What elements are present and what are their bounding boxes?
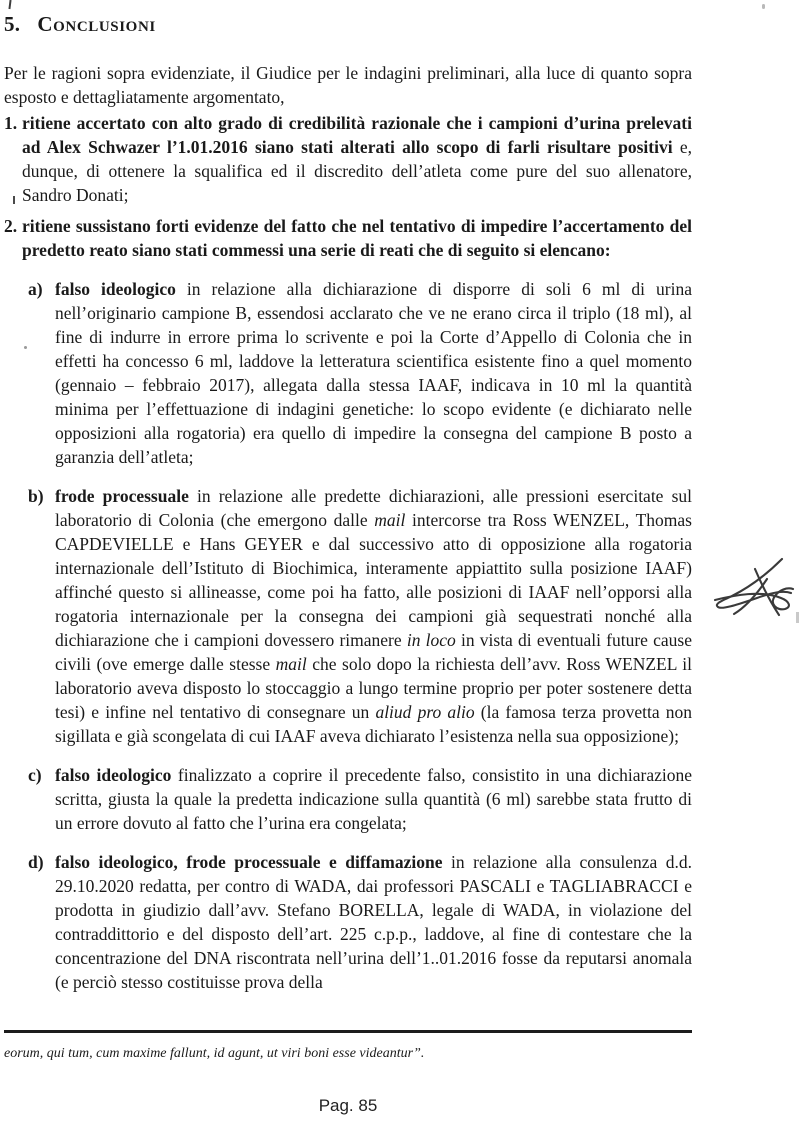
signature-scribble-icon xyxy=(708,552,798,630)
page-number: Pag. 85 xyxy=(4,1096,692,1116)
footnote-text: eorum, qui tum, cum maxime fallunt, id a… xyxy=(4,1045,692,1063)
lettered-item-d: d) falso ideologico, frode processuale e… xyxy=(4,850,692,994)
lettered-item-c: c) falso ideologico finalizzato a coprir… xyxy=(4,763,692,835)
section-heading: 5. Conclusioni xyxy=(4,12,692,37)
scan-artifact xyxy=(762,4,765,9)
section-title: Conclusioni xyxy=(37,12,155,37)
lettered-item-b: b) frode processuale in relazione alle p… xyxy=(4,484,692,748)
numbered-item-1-text: ritiene accertato con alto grado di cred… xyxy=(22,113,692,205)
footnote-block: eorum, qui tum, cum maxime fallunt, id a… xyxy=(4,1030,692,1077)
numbered-item-2-marker: 2. xyxy=(4,214,17,238)
scan-artifact xyxy=(8,0,11,9)
document-body: 5. Conclusioni Per le ragioni sopra evid… xyxy=(4,12,692,994)
lettered-item-c-text: falso ideologico finalizzato a coprire i… xyxy=(55,765,692,833)
lettered-item-c-marker: c) xyxy=(28,763,42,787)
numbered-item-1: 1. ritiene accertato con alto grado di c… xyxy=(4,111,692,207)
numbered-item-2-text: ritiene sussistano forti evidenze del fa… xyxy=(22,216,692,260)
lettered-list: a) falso ideologico in relazione alla di… xyxy=(4,277,692,994)
lettered-item-a: a) falso ideologico in relazione alla di… xyxy=(4,277,692,469)
document-page: 5. Conclusioni Per le ragioni sopra evid… xyxy=(0,0,800,1127)
scan-artifact xyxy=(796,612,799,623)
scan-artifact xyxy=(13,196,15,204)
lettered-item-b-text: frode processuale in relazione alle pred… xyxy=(55,486,692,746)
numbered-item-2: 2. ritiene sussistano forti evidenze del… xyxy=(4,214,692,262)
footnote-separator-rule xyxy=(4,1030,692,1033)
section-number: 5. xyxy=(4,12,20,37)
lettered-item-a-text: falso ideologico in relazione alla dichi… xyxy=(55,279,692,467)
intro-paragraph: Per le ragioni sopra evidenziate, il Giu… xyxy=(4,61,692,109)
lettered-item-b-marker: b) xyxy=(28,484,44,508)
lettered-item-d-marker: d) xyxy=(28,850,44,874)
lettered-item-a-marker: a) xyxy=(28,277,43,301)
numbered-item-1-marker: 1. xyxy=(4,111,17,135)
lettered-item-d-text: falso ideologico, frode processuale e di… xyxy=(55,852,692,992)
scan-artifact xyxy=(24,346,27,349)
